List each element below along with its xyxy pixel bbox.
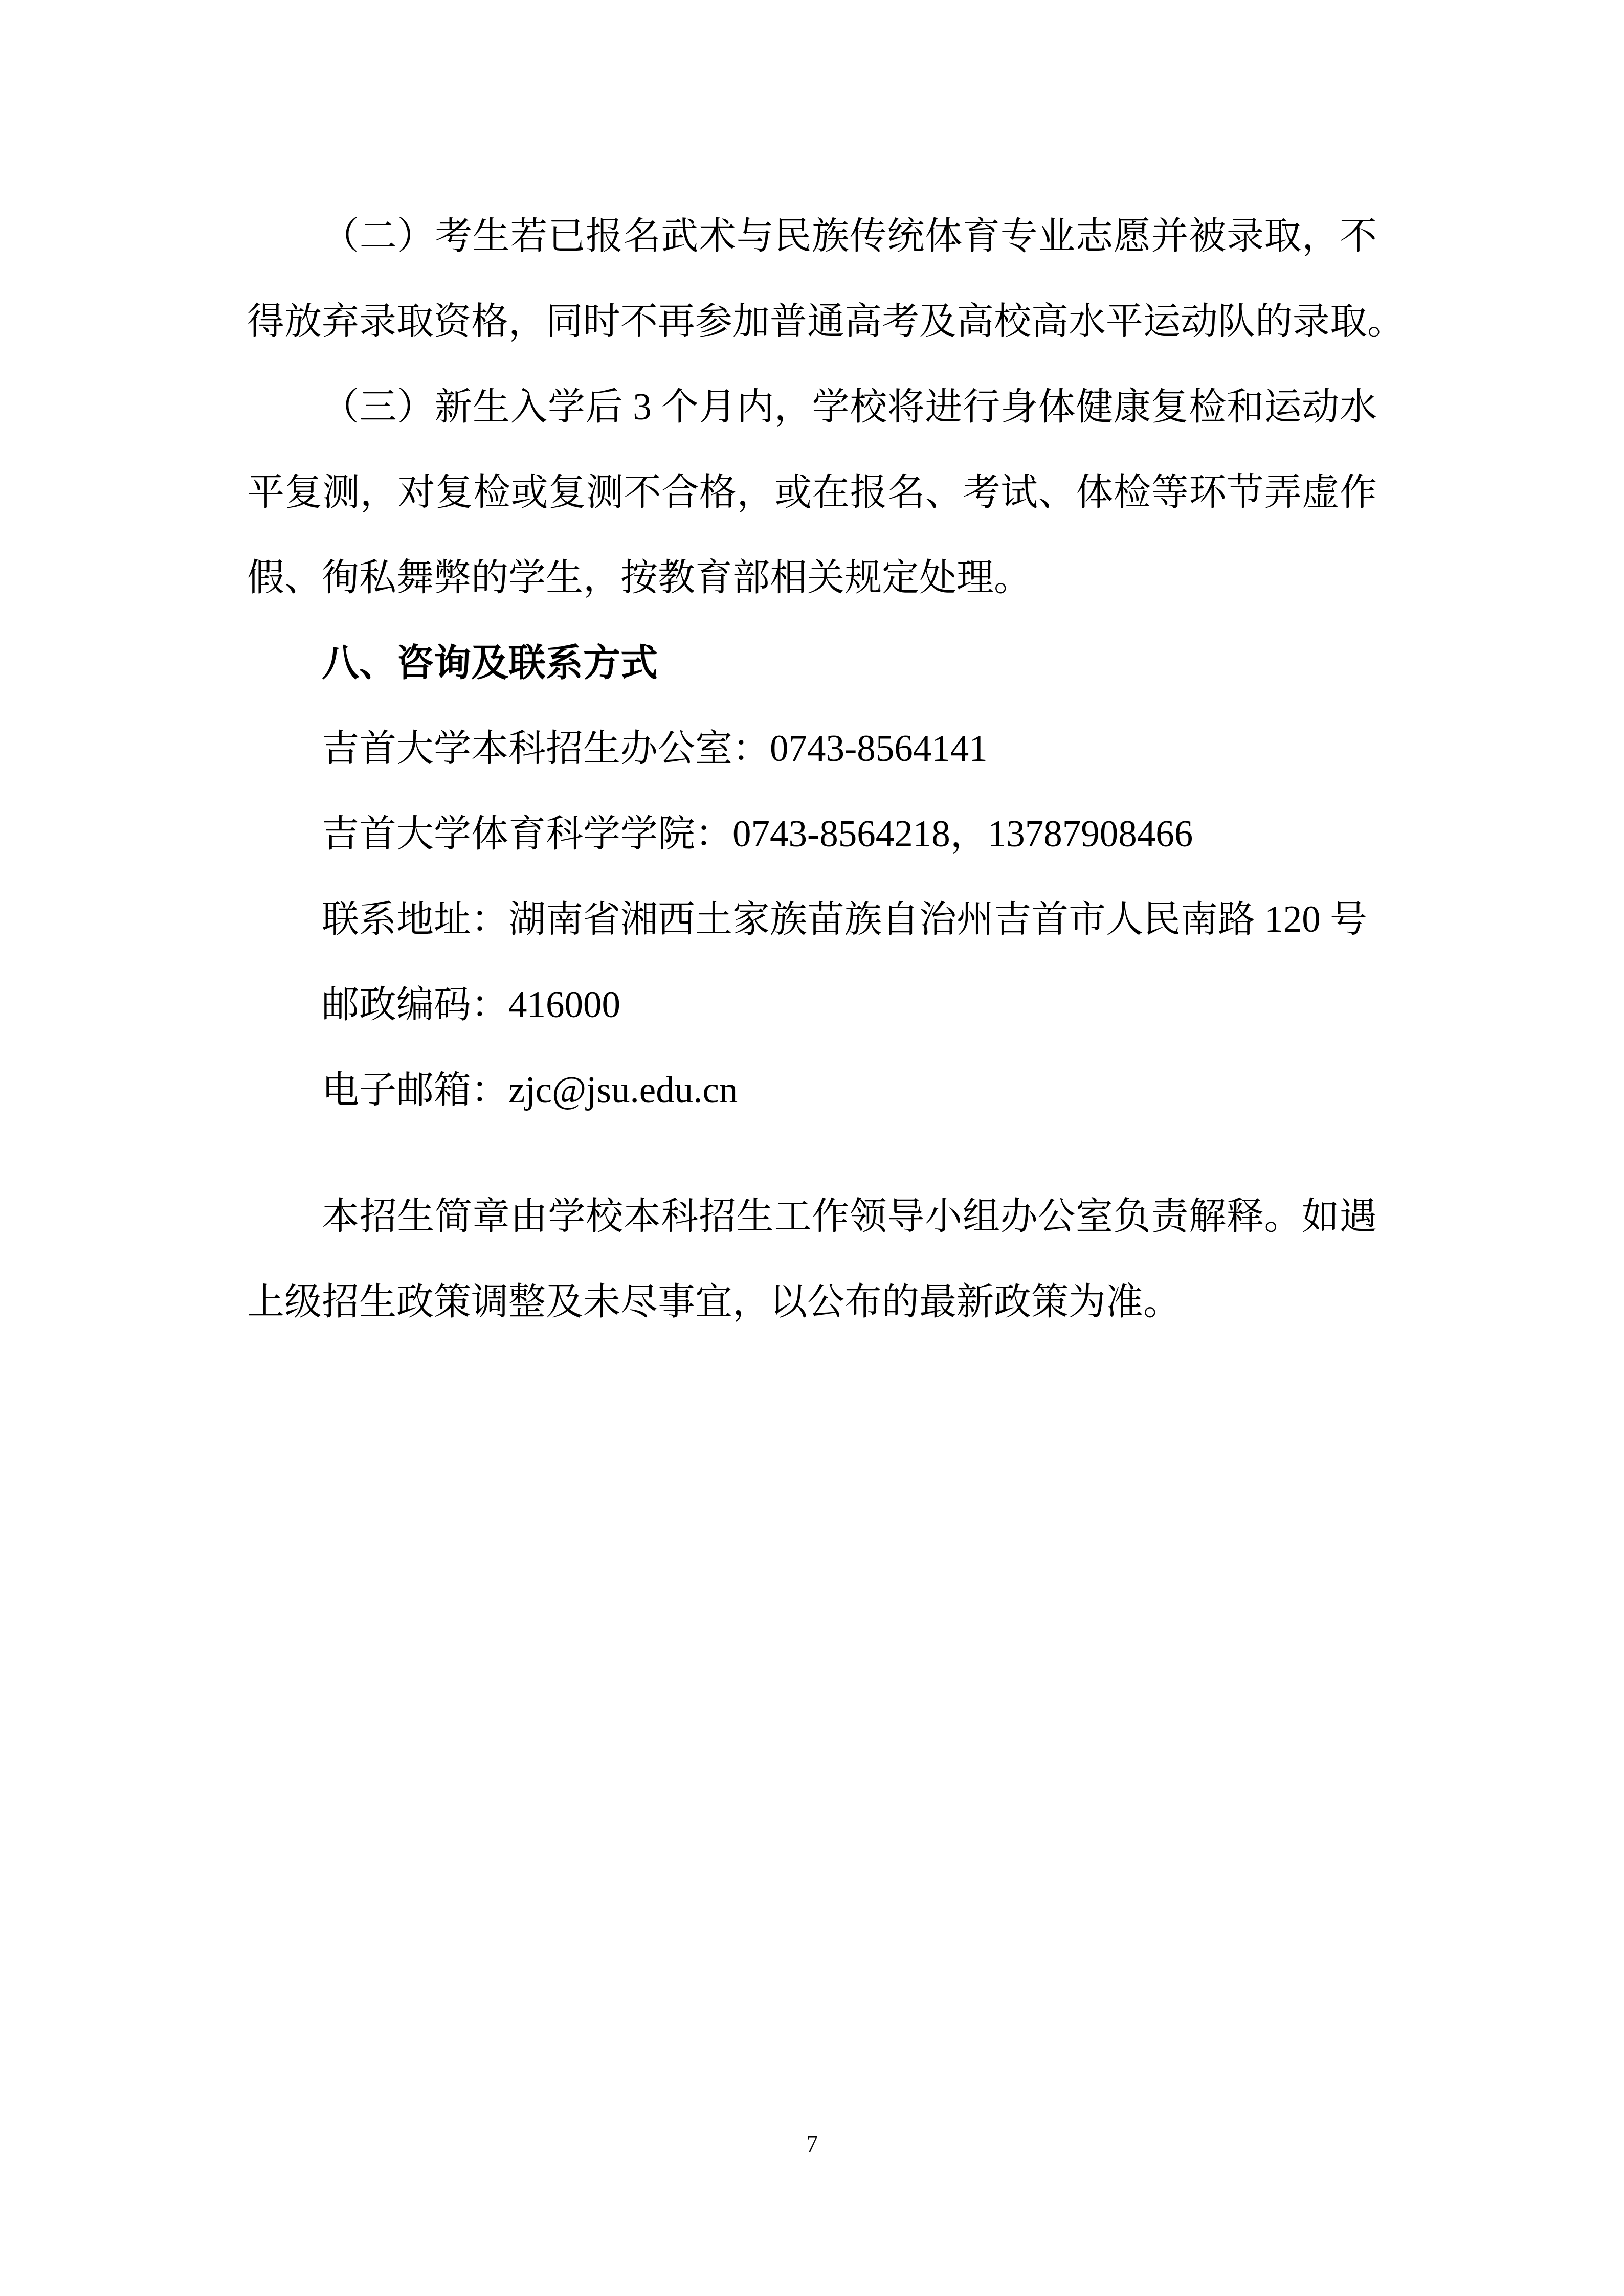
contact-line-admissions-office: 吉首大学本科招生办公室：0743-8564141 xyxy=(247,706,1377,791)
document-page: （二）考生若已报名武术与民族传统体育专业志愿并被录取，不 得放弃录取资格，同时不… xyxy=(0,0,1624,2296)
document-body: （二）考生若已报名武术与民族传统体育专业志愿并被录取，不 得放弃录取资格，同时不… xyxy=(247,193,1377,1344)
paragraph-3-line-1: （三）新生入学后 3 个月内，学校将进行身体健康复检和运动水 xyxy=(247,364,1377,449)
contact-line-email: 电子邮箱：zjc@jsu.edu.cn xyxy=(247,1047,1377,1133)
page-number: 7 xyxy=(0,2129,1624,2159)
contact-line-postal-code: 邮政编码：416000 xyxy=(247,962,1377,1047)
paragraph-2-line-2: 得放弃录取资格，同时不再参加普通高考及高校高水平运动队的录取。 xyxy=(247,279,1377,364)
paragraph-2-line-1: （二）考生若已报名武术与民族传统体育专业志愿并被录取，不 xyxy=(247,193,1377,279)
contact-line-sports-college: 吉首大学体育科学学院：0743-8564218，13787908466 xyxy=(247,791,1377,876)
contact-line-address: 联系地址：湖南省湘西土家族苗族自治州吉首市人民南路 120 号 xyxy=(247,876,1377,962)
paragraph-3-line-2: 平复测，对复检或复测不合格，或在报名、考试、体检等环节弄虚作 xyxy=(247,449,1377,535)
paragraph-3-line-3: 假、徇私舞弊的学生，按教育部相关规定处理。 xyxy=(247,535,1377,620)
closing-paragraph-line-1: 本招生简章由学校本科招生工作领导小组办公室负责解释。如遇 xyxy=(247,1174,1377,1259)
section-heading: 八、咨询及联系方式 xyxy=(247,620,1377,706)
closing-paragraph-line-2: 上级招生政策调整及未尽事宜，以公布的最新政策为准。 xyxy=(247,1259,1377,1344)
